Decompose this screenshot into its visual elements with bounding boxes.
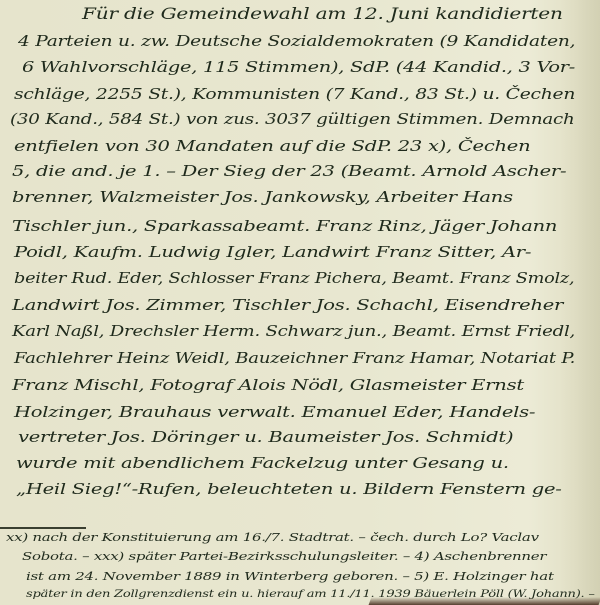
text-line-4: schläge, 2255 St.), Kommunisten (7 Kand.…: [14, 85, 575, 103]
text-line-13: Karl Naßl, Drechsler Herm. Schwarz jun.,…: [12, 322, 575, 340]
text-line-7: 5, die and. je 1. – Der Sieg der 23 (Bea…: [12, 162, 566, 180]
document-page: Für die Gemeindewahl am 12. Juni kandidi…: [0, 0, 600, 605]
text-line-19: „Heil Sieg!“-Rufen, beleuchteten u. Bild…: [16, 480, 562, 498]
text-line-12: Landwirt Jos. Zimmer, Tischler Jos. Scha…: [12, 296, 563, 314]
footnote-2: Sobota. – xxx) später Partei-Bezirksschu…: [22, 549, 546, 563]
footnote-3: ist am 24. November 1889 in Winterberg g…: [26, 569, 554, 583]
footnote-1: xx) nach der Konstituierung am 16./7. St…: [6, 530, 539, 544]
text-line-5: (30 Kand., 584 St.) von zus. 3037 gültig…: [10, 110, 575, 128]
text-line-6: entfielen von 30 Mandaten auf die SdP. 2…: [14, 137, 530, 155]
text-line-16: Holzinger, Brauhaus verwalt. Emanuel Ede…: [14, 403, 535, 421]
text-line-1: Für die Gemeindewahl am 12. Juni kandidi…: [82, 5, 563, 23]
footnote-divider: [0, 527, 86, 529]
text-line-3: 6 Wahlvorschläge, 115 Stimmen), SdP. (44…: [22, 58, 575, 76]
text-line-18: wurde mit abendlichem Fackelzug unter Ge…: [16, 454, 509, 472]
page-bottom-edge: [369, 597, 600, 605]
text-line-14: Fachlehrer Heinz Weidl, Bauzeichner Fran…: [14, 349, 575, 367]
text-line-9: Tischler jun., Sparkassabeamt. Franz Rin…: [12, 217, 557, 235]
text-line-15: Franz Mischl, Fotograf Alois Nödl, Glasm…: [12, 376, 524, 394]
text-line-17: vertreter Jos. Döringer u. Baumeister Jo…: [18, 428, 513, 446]
text-line-2: 4 Parteien u. zw. Deutsche Sozialdemokra…: [18, 32, 575, 50]
text-line-11: beiter Rud. Eder, Schlosser Franz Picher…: [14, 269, 574, 287]
text-line-8: brenner, Walzmeister Jos. Jankowsky, Arb…: [12, 188, 513, 206]
text-line-10: Poidl, Kaufm. Ludwig Igler, Landwirt Fra…: [14, 243, 531, 261]
